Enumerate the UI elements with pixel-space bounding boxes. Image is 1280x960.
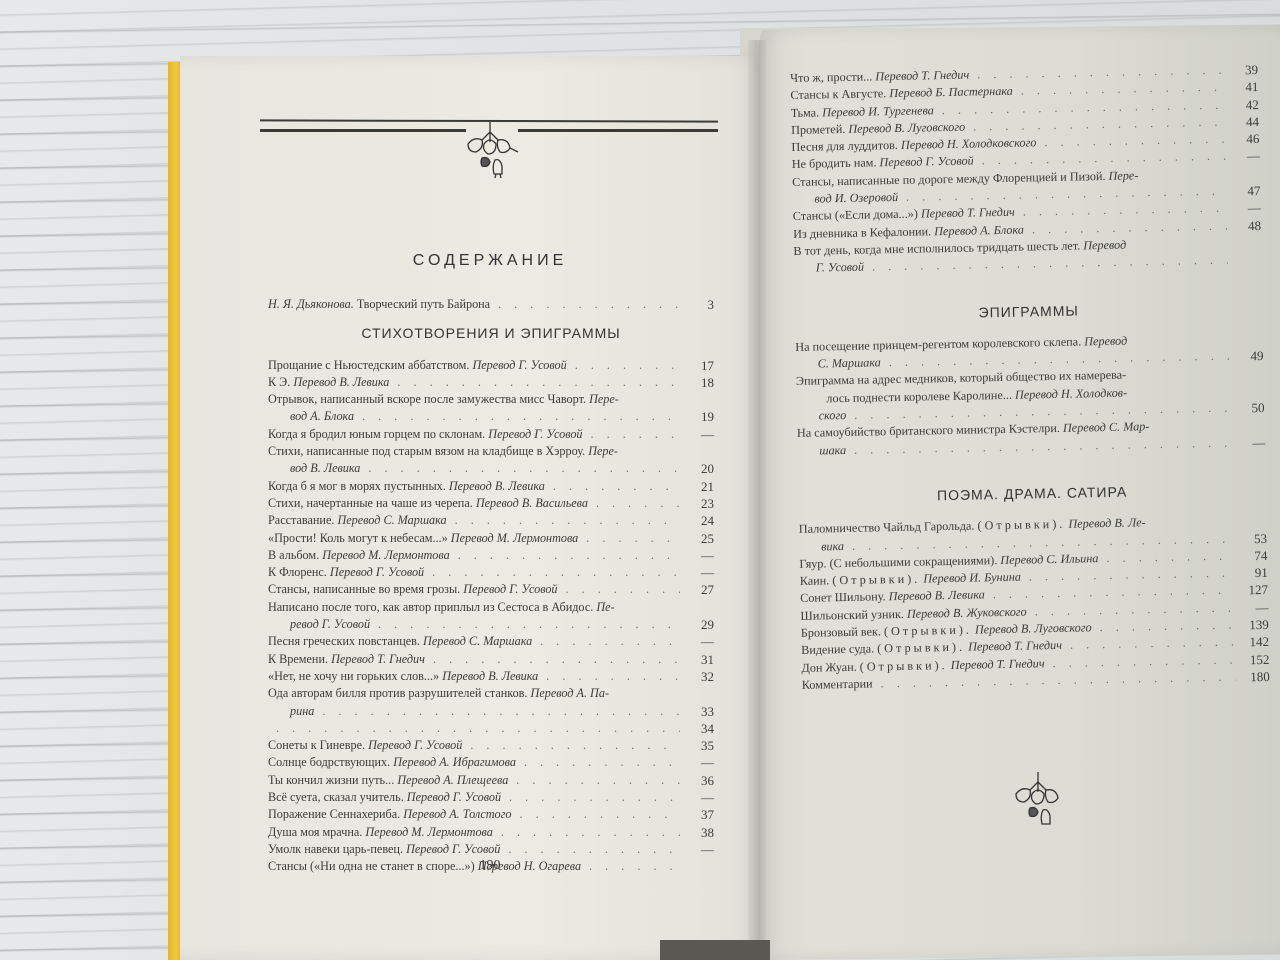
toc-entry: Написано после того, как автор приплыл и… [268, 599, 714, 634]
entry-title: Тьма. [791, 105, 820, 120]
entry-translator: Перевод [1083, 238, 1126, 253]
toc-entry: Ода авторам билля против разрушителей ст… [268, 685, 714, 720]
entry-translator: Перевод В. Луговского [848, 120, 965, 136]
page-number: 27 [684, 581, 714, 598]
toc-entry: Стихи, начертанные на чаше из черепа. Пе… [268, 495, 714, 512]
toc-entry: Песня греческих повстанцев. Перевод С. М… [268, 633, 714, 650]
page-number: — [684, 754, 714, 771]
entry-title: Всё суета, сказал учитель. [268, 790, 404, 804]
entry-translator: Перевод В. Левика [293, 375, 389, 389]
book-gutter [748, 40, 766, 960]
entry-title: Песня для луддитов. [791, 138, 898, 154]
entry-title: Умолк навеки царь-певец. [268, 842, 403, 856]
entry-title: Солнце бодрствующих. [268, 755, 390, 769]
entry-translator: Перевод И. Бунина [923, 570, 1021, 586]
toc-entry: К Времени. Перевод Т. Гнедич31 [268, 651, 714, 668]
toc-entry: Сонеты к Гиневре. Перевод Г. Усовой35 [268, 737, 714, 754]
entry-translator: вод И. Озеровой [814, 190, 898, 206]
entry-line: Написано после того, как автор приплыл и… [268, 599, 680, 616]
page-number: 38 [684, 824, 714, 841]
entry-line: Песня греческих повстанцев. Перевод С. М… [268, 633, 680, 650]
page-number: — [684, 564, 714, 581]
entry-translator: Перевод Г. Усовой [472, 358, 566, 372]
entry-line [268, 720, 680, 737]
entry-translator: Перевод Г. Усовой [406, 842, 500, 856]
entry-translator: Перевод Г. Усовой [330, 565, 424, 579]
toc-entry: К Флоренс. Перевод Г. Усовой— [268, 564, 714, 581]
entry-translator: Перевод С. Ильина [1000, 551, 1098, 567]
entry-line: «Нет, не хочу ни горьких слов...» Перево… [268, 668, 680, 685]
entry-note: (Отрывки). [860, 658, 948, 674]
entry-line: Умолк навеки царь-певец. Перевод Г. Усов… [268, 841, 680, 858]
entry-title: Бронзовый век. [801, 624, 881, 640]
page-number: 29 [684, 616, 714, 633]
toc-entries-left: Прощание с Ньюстедским аббатством. Перев… [268, 357, 714, 876]
page-number: 180 [1240, 668, 1270, 686]
entry-translator: Перевод Т. Гнедич [968, 638, 1062, 654]
entry-line: Сонеты к Гиневре. Перевод Г. Усовой [268, 737, 680, 754]
page-number: — [684, 633, 714, 650]
entry-title: К Э. [268, 375, 290, 389]
entry-translator: Перевод В. Ле- [1068, 515, 1146, 530]
entry-line: К Времени. Перевод Т. Гнедич [268, 651, 680, 668]
entry-translator: Перевод [1084, 333, 1127, 348]
entry-translator: шака [819, 443, 846, 458]
page-number: 74 [1237, 547, 1267, 565]
page-number: — [684, 426, 714, 443]
page-number: 53 [1237, 529, 1267, 547]
toc-right: Что ж, прости... Перевод Т. Гнедич39Стан… [790, 61, 1270, 694]
entry-translator: Перевод Г. Усовой [407, 790, 501, 804]
entry-title: Паломничество Чайльд Гарольда. [799, 519, 975, 536]
page-number: 139 [1239, 616, 1269, 634]
toc-entries-epigrams: На посещение принцем-регентом королевско… [795, 330, 1265, 460]
entry-translator: Перевод Г. Усовой [879, 154, 974, 170]
toc-entry: Когда б я мог в морях пустынных. Перевод… [268, 478, 714, 495]
entry-line: рина [268, 703, 680, 720]
entry-title: Видение суда. [801, 642, 874, 657]
page-number: 18 [684, 374, 714, 391]
page-number: 44 [1229, 113, 1259, 131]
entry-title: Стансы («Если дома...») [793, 207, 918, 223]
toc-entry-intro: Н. Я. Дьяконова. Творческий путь Байрона… [268, 296, 714, 313]
flower-ornament-icon [462, 122, 526, 184]
entry-line: «Прости! Коль могут к небесам...» Перево… [268, 530, 680, 547]
section-heading-poem-drama-satire: ПОЭМА. ДРАМА. САТИРА [798, 481, 1266, 507]
entry-translator: Перевод А. Блока [934, 222, 1024, 238]
page-number: — [1238, 599, 1268, 617]
entry-title: Что ж, прости... [790, 69, 872, 85]
entry-translator: Перевод Т. Гнедич [875, 68, 969, 84]
entry-note: (Отрывки). [877, 640, 965, 656]
entry-translator: Перевод А. Толстого [403, 807, 511, 821]
page-number: 48 [1231, 217, 1261, 235]
entry-title: «Прости! Коль могут к небесам...» [268, 531, 448, 545]
entry-line: К Флоренс. Перевод Г. Усовой [268, 564, 680, 581]
entry-translator: Перевод С. Маршака [337, 513, 446, 527]
page-number: 3 [684, 296, 714, 313]
entry-translator: Перевод М. Лермонтова [451, 531, 579, 545]
entry-line: вод В. Левика [268, 460, 680, 477]
page-number: 37 [684, 806, 714, 823]
toc-entry: Всё суета, сказал учитель. Перевод Г. Ус… [268, 789, 714, 806]
page-number: 31 [684, 651, 714, 668]
entry-title: Стихи, начертанные на чаше из черепа. [268, 496, 473, 510]
entry-title: Ода авторам билля против разрушителей ст… [268, 686, 527, 700]
toc-entry: Когда я бродил юным горцем по склонам. П… [268, 426, 714, 443]
entry-line: вод А. Блока [268, 408, 680, 425]
page-number: 34 [684, 720, 714, 737]
page-number: 32 [684, 668, 714, 685]
toc-entry: Эпиграмма на адрес медников, который общ… [796, 364, 1265, 425]
page-number: 24 [684, 512, 714, 529]
entry-translator: Перевод Т. Гнедич [331, 652, 425, 666]
page-number: 142 [1239, 633, 1269, 651]
entry-translator: Перевод А. Плещеева [397, 773, 508, 787]
entry-title-cont: лось поднести королеве Каролине... [826, 388, 1012, 406]
page-number: 47 [1230, 182, 1260, 200]
entry-translator: Перевод Г. Усовой [368, 738, 462, 752]
page-number: 20 [684, 460, 714, 477]
page-number: 35 [684, 737, 714, 754]
toc-entry: Поражение Сеннахериба. Перевод А. Толсто… [268, 806, 714, 823]
entry-title: Гяур. (С небольшими сокращениями). [799, 553, 997, 571]
entry-line: Прощание с Ньюстедским аббатством. Перев… [268, 357, 680, 374]
entry-title: Дон Жуан. [801, 659, 856, 674]
page-number: — [1231, 199, 1261, 217]
page-number: — [684, 547, 714, 564]
page-number: 23 [684, 495, 714, 512]
entry-title: Сонет Шильону. [800, 590, 886, 606]
entry-title: Шильонский узник. [800, 607, 904, 623]
section-heading-poems-epigrams: СТИХОТВОРЕНИЯ И ЭПИГРАММЫ [268, 325, 714, 342]
entry-note: (Отрывки). [884, 623, 972, 639]
entry-line: Стансы, написанные во время грозы. Перев… [268, 581, 680, 598]
toc-entry: Прощание с Ньюстедским аббатством. Перев… [268, 357, 714, 374]
toc-entry: Умолк навеки царь-певец. Перевод Г. Усов… [268, 841, 714, 858]
entry-line: Солнце бодрствующих. Перевод А. Ибрагимо… [268, 754, 680, 771]
entry-title: Каин. [800, 573, 830, 588]
entry-title: Не бродить нам. [792, 156, 877, 172]
page-number: — [1235, 434, 1265, 452]
toc-entry: Солнце бодрствующих. Перевод А. Ибрагимо… [268, 754, 714, 771]
rule-line [260, 129, 466, 132]
entry-title: К Времени. [268, 652, 328, 666]
toc-entry: Отрывок, написанный вскоре после замужес… [268, 391, 714, 426]
entry-translator: Перевод М. Лермонтова [365, 825, 493, 839]
page-number: 42 [1229, 96, 1259, 114]
entry-translator: вика [821, 539, 844, 553]
entry-note: (Отрывки). [977, 517, 1065, 533]
page-number: 33 [684, 703, 714, 720]
page-number: 127 [1238, 581, 1268, 599]
entry-title: Когда я бродил юным горцем по склонам. [268, 427, 485, 441]
flower-ornament-icon [1010, 772, 1074, 834]
entry-title: Душа моя мрачна. [268, 825, 362, 839]
toc-entry: Стихи, написанные под старым вязом на кл… [268, 443, 714, 478]
entry-title: Прометей. [791, 122, 845, 137]
page-title: СОДЕРЖАНИЕ [260, 252, 720, 270]
entry-line: В альбом. Перевод М. Лермонтова [268, 547, 680, 564]
entry-title: Стансы, написанные во время грозы. [268, 582, 460, 596]
entry-translator: Перевод А. Ибрагимова [393, 755, 516, 769]
page-number: 41 [1228, 78, 1258, 96]
entry-title: Прощание с Ньюстедским аббатством. [268, 358, 469, 372]
page-number: 17 [684, 357, 714, 374]
entry-translator: Перевод С. Маршака [423, 634, 532, 648]
entry-title: Ты кончил жизни путь... [268, 773, 394, 787]
entry-title: В альбом. [268, 548, 319, 562]
entry-line: Всё суета, сказал учитель. Перевод Г. Ус… [268, 789, 680, 806]
entry-translator: Перевод В. Левика [449, 479, 545, 493]
entry-line: Когда я бродил юным горцем по склонам. П… [268, 426, 680, 443]
toc-entries-poems: Паломничество Чайльд Гарольда. (Отрывки)… [799, 512, 1270, 694]
entry-line: Поражение Сеннахериба. Перевод А. Толсто… [268, 806, 680, 823]
entry-translator: Г. Усовой [816, 260, 865, 275]
entry-translator: Перевод Н. Холодковского [901, 135, 1037, 152]
book-bottom-edge [660, 940, 770, 960]
entry-title: Стансы к Августе. [790, 86, 886, 102]
toc-entry: «Нет, не хочу ни горьких слов...» Перево… [268, 668, 714, 685]
entry-line: Стихи, написанные под старым вязом на кл… [268, 443, 680, 460]
entry-translator: вод А. Блока [290, 409, 354, 423]
entry-title: Сонеты к Гиневре. [268, 738, 365, 752]
toc-entries-right-top: Что ж, прости... Перевод Т. Гнедич39Стан… [790, 61, 1262, 278]
section-heading-epigrams: ЭПИГРАММЫ [795, 299, 1263, 325]
entry-title: Песня греческих повстанцев. [268, 634, 420, 648]
entry-line: Расставание. Перевод С. Маршака [268, 512, 680, 529]
entry-translator: Перевод М. Лермонтова [322, 548, 450, 562]
entry-translator: Перевод С. Мар- [1063, 420, 1150, 436]
entry-translator: Пере- [589, 392, 619, 406]
rule-line [518, 129, 718, 132]
entry-title: Когда б я мог в морях пустынных. [268, 479, 446, 493]
entry-translator: Перевод В. Васильева [476, 496, 588, 510]
toc-entry: Стансы, написанные во время грозы. Перев… [268, 581, 714, 598]
entry-translator: С. Маршака [818, 355, 881, 370]
entry-translator: Перевод В. Левика [442, 669, 538, 683]
entry-translator: вод В. Левика [290, 461, 360, 475]
page-number: 25 [684, 530, 714, 547]
entry-line: ревод Г. Усовой [268, 616, 680, 633]
entry-translator: Перевод Н. Холодков- [1015, 385, 1127, 401]
page-number: 50 [1234, 399, 1264, 417]
toc-entry: К Э. Перевод В. Левика18 [268, 374, 714, 391]
page-number: 152 [1239, 651, 1269, 669]
entry-translator: Перевод В. Луговского [975, 620, 1092, 636]
toc-entry: 34 [268, 720, 714, 737]
entry-title: Расставание. [268, 513, 334, 527]
entry-translator: Перевод Г. Усовой [488, 427, 582, 441]
entry-translator: Перевод В. Левика [889, 588, 985, 604]
entry-translator: Перевод Б. Пастернака [889, 84, 1013, 100]
entry-translator: Пере- [1108, 168, 1138, 183]
entry-translator: Перевод Г. Усовой [463, 582, 557, 596]
entry-title: Написано после того, как автор приплыл и… [268, 600, 593, 614]
page-number-footer: 190 [260, 858, 720, 874]
entry-translator: Пере- [588, 444, 618, 458]
page-number: — [684, 841, 714, 858]
page-number: 36 [684, 772, 714, 789]
toc-entry: В альбом. Перевод М. Лермонтова— [268, 547, 714, 564]
page-number: — [1230, 147, 1260, 165]
entry-title: Комментарии [802, 676, 873, 691]
toc-entry: Расставание. Перевод С. Маршака24 [268, 512, 714, 529]
entry-translator: рина [290, 704, 314, 718]
entry-title: Стихи, написанные под старым вязом на кл… [268, 444, 585, 458]
entry-title: Отрывок, написанный вскоре после замужес… [268, 392, 586, 406]
page-number: 19 [684, 408, 714, 425]
entry-translator: Пе- [596, 600, 614, 614]
toc-entry: Душа моя мрачна. Перевод М. Лермонтова38 [268, 824, 714, 841]
entry-title: Из дневника в Кефалонии. [793, 224, 931, 241]
entry-translator: Перевод И. Тургенева [822, 103, 934, 119]
entry-line: Отрывок, написанный вскоре после замужес… [268, 391, 680, 408]
entry-translator: Перевод А. Па- [531, 686, 609, 700]
entry-translator: ского [819, 408, 847, 423]
page-number: 49 [1233, 347, 1263, 365]
entry-translator: ревод Г. Усовой [290, 617, 370, 631]
page-number: 91 [1238, 564, 1268, 582]
entry-title: Поражение Сеннахериба. [268, 807, 400, 821]
toc-entry: «Прости! Коль могут к небесам...» Перево… [268, 530, 714, 547]
entry-line: К Э. Перевод В. Левика [268, 374, 680, 391]
toc-entry: Ты кончил жизни путь... Перевод А. Плеще… [268, 772, 714, 789]
entry-line: Ода авторам билля против разрушителей ст… [268, 685, 680, 702]
entry-translator: Перевод Т. Гнедич [951, 656, 1045, 672]
entry-translator: Перевод В. Жуковского [907, 604, 1027, 620]
page-number [1232, 269, 1262, 270]
entry-line: Ты кончил жизни путь... Перевод А. Плеще… [268, 772, 680, 789]
toc-left: Н. Я. Дьяконова. Творческий путь Байрона… [268, 296, 714, 876]
page-number: — [684, 789, 714, 806]
page-number: 39 [1228, 61, 1258, 79]
entry-line: Когда б я мог в морях пустынных. Перевод… [268, 478, 680, 495]
entry-title: К Флоренс. [268, 565, 327, 579]
entry-note: (Отрывки). [832, 572, 920, 588]
entry-translator: Перевод Т. Гнедич [921, 205, 1015, 221]
page-number: 46 [1229, 130, 1259, 148]
entry-line: Стихи, начертанные на чаше из черепа. Пе… [268, 495, 680, 512]
entry-line: Душа моя мрачна. Перевод М. Лермонтова [268, 824, 680, 841]
page-number: 21 [684, 478, 714, 495]
entry-title: «Нет, не хочу ни горьких слов...» [268, 669, 439, 683]
